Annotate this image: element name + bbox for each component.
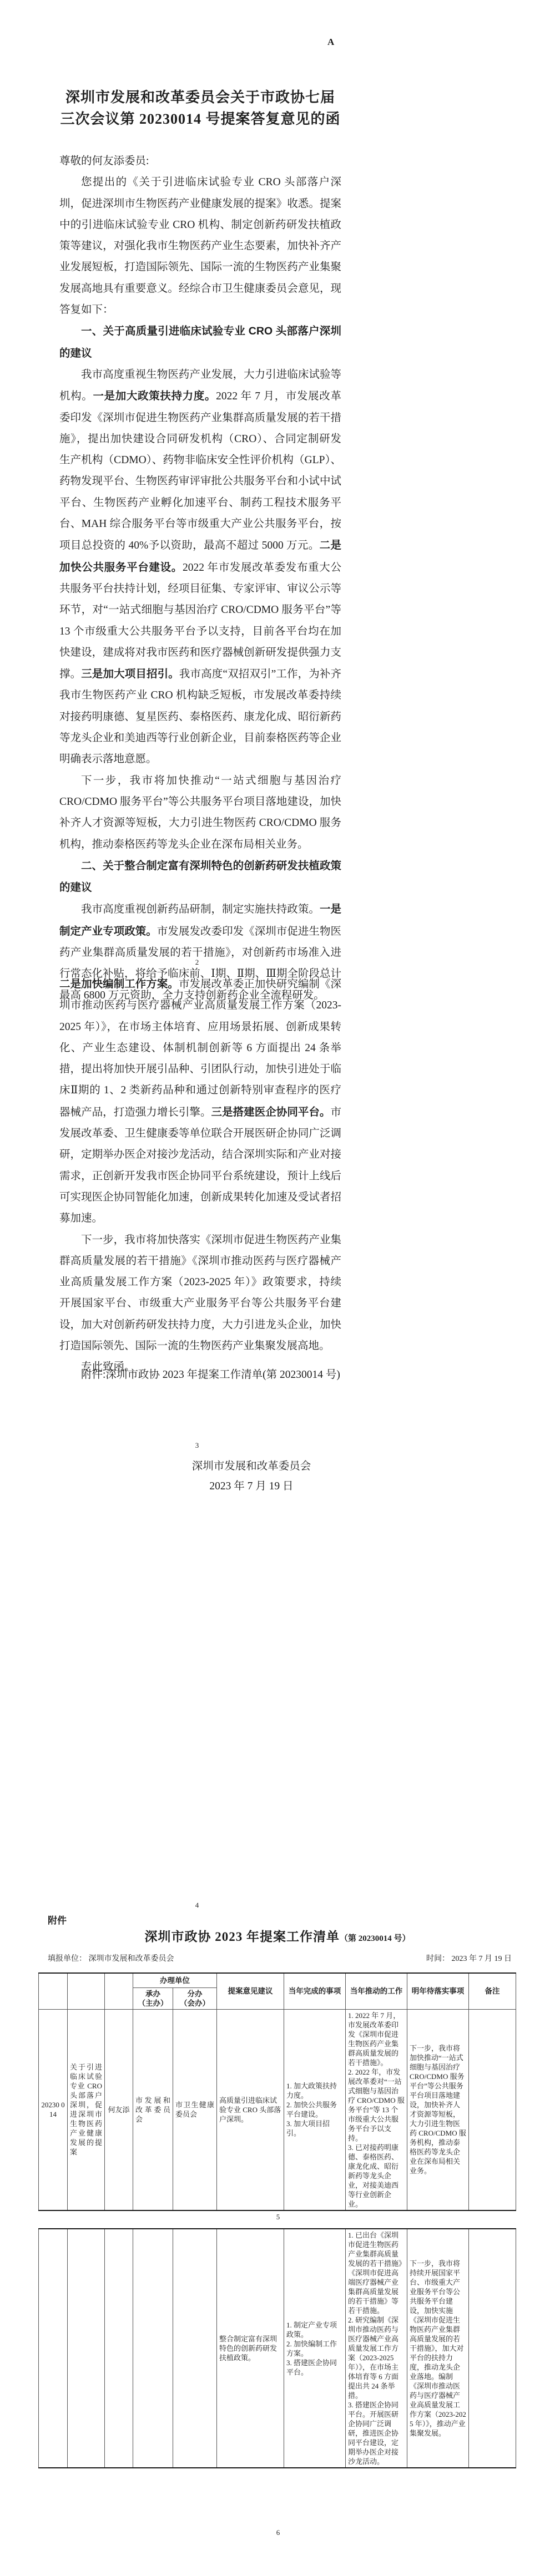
header-co-line2: （会办） bbox=[175, 1999, 214, 2008]
letter-heading: 一、关于高质量引进临床试验专业 CRO 头部落户深圳的建议 bbox=[59, 321, 341, 364]
page-number-6: 6 bbox=[269, 2528, 287, 2537]
cell-remark bbox=[469, 2009, 516, 2210]
attachment-label: 附件 bbox=[48, 1913, 67, 1926]
emphasis-run: 一、关于高质量引进临床试验专业 CRO 头部落户深圳的建议 bbox=[59, 325, 341, 359]
text-run: 我市高度“双招双引”工作，为补齐我市生物医药产业 CRO 机构缺乏短板，市发展改… bbox=[59, 668, 341, 765]
header-suggest: 提案意见建议 bbox=[217, 1973, 284, 2009]
header-co-organizer: 分办 （会办） bbox=[173, 1987, 217, 2009]
time-field: 时间： 2023 年 7 月 19 日 bbox=[426, 1953, 512, 1964]
cell-suggest: 高质量引进临床试验专业 CRO 头部落户深圳。 bbox=[217, 2009, 284, 2210]
cell-text: 何友添 bbox=[107, 2105, 130, 2114]
header-undertake: 承办 （主办） bbox=[133, 1987, 173, 2009]
cell-undertake: 市发展和改革委员会 bbox=[133, 2009, 173, 2210]
doc-class-label: A bbox=[327, 37, 334, 48]
signature-org: 深圳市发展和改革委员会 bbox=[183, 1457, 320, 1473]
attachment-title-number: （第 20230014 号） bbox=[340, 1934, 411, 1943]
cell-suggest: 整合制定富有深圳特色的创新药研发扶植政策。 bbox=[217, 2229, 284, 2468]
text-run: 2022 年 7 月，市发展改革委印发《深圳市促进生物医药产业集群高质量发展的若… bbox=[59, 391, 341, 551]
letter-title-line2: 三次会议第 20230014 号提案答复意见的函 bbox=[59, 108, 341, 130]
cell-text: 市卫生健康委员会 bbox=[175, 2100, 214, 2119]
attachment-title-main: 深圳市政协 2023 年提案工作清单 bbox=[144, 1930, 340, 1944]
text-run: 市发展改革委、卫生健康委等单位联合开展医研企协同广泛调研，定期举办医企对接沙龙活… bbox=[59, 1107, 341, 1224]
cell-text: 下一步，我市将持续开展国家平台、市级重大产业服务平台等公共服务平台建设，加快实施… bbox=[410, 2259, 466, 2438]
header-undertake-line1: 承办 bbox=[135, 1989, 170, 1999]
cell-line: 3. 搭建医企协同平台。开展医研企协同广泛调研，推进医企协同平台建设，定期举办医… bbox=[348, 2400, 405, 2466]
proposal-table-row: 20230 014关于引进临床试验专业 CRO 头部落户深圳，促进深圳市生物医药… bbox=[39, 2009, 516, 2210]
header-done: 当年完成的事项 bbox=[284, 1973, 346, 2009]
signature-date: 2023 年 7 月 19 日 bbox=[183, 1477, 320, 1493]
filer-field: 填报单位： 深圳市发展和改革委员会 bbox=[48, 1953, 174, 1964]
cell-line: 1. 2022 年 7 月，市发展改革委印发《深圳市促进生物医药产业集群高质量发… bbox=[348, 2011, 405, 2067]
time-label: 时间： bbox=[426, 1955, 450, 1963]
attachment-note-line: 附件:深圳市政协 2023 年提案工作清单(第 20230014 号) bbox=[59, 1366, 341, 1381]
cell-line: 3. 搭建医企协同平台。 bbox=[286, 2358, 343, 2377]
page-number-3: 3 bbox=[188, 1441, 206, 1450]
cell-line: 2. 研究编制《深圳市推动医药与医疗器械产业高质量发展工作方案（2023-202… bbox=[348, 2315, 405, 2400]
cell-text: 下一步，我市将加快推动“一站式细胞与基因治疗 CRO/CDMO 服务平台”等公共… bbox=[410, 2043, 466, 2176]
attachment-meta-row: 填报单位： 深圳市发展和改革委员会 时间： 2023 年 7 月 19 日 bbox=[48, 1953, 512, 1964]
proposal-worklist-table-page6: 整合制定富有深圳特色的创新药研发扶植政策。1. 制定产业专项政策。2. 加快编制… bbox=[38, 2228, 516, 2468]
letter-body-part2: 二是加快编制工作方案。市发展改革委正加快研究编制《深圳市推动医药与医疗器械产业高… bbox=[59, 973, 341, 1378]
time-value: 2023 年 7 月 19 日 bbox=[452, 1955, 512, 1963]
cell-pushed: 1. 已出台《深圳市促进生物医药产业集群高质量发展的若干措施》《深圳市促进高端医… bbox=[346, 2229, 407, 2468]
letter-paragraph: 下一步，我市将加快落实《深圳市促进生物医药产业集群高质量发展的若干措施》《深圳市… bbox=[59, 1230, 341, 1357]
text-run: 市发展改革委正加快研究编制《深圳市推动医药与医疗器械产业高质量发展工作方案（20… bbox=[59, 978, 341, 1118]
header-title-blank bbox=[68, 1973, 105, 2009]
cell-proposer bbox=[105, 2229, 133, 2468]
cell-line: 3. 已对接药明康德、泰格医药、康龙化成、昭衍新药等龙头企业，对接美迪西等行业创… bbox=[348, 2143, 405, 2209]
cell-co bbox=[173, 2229, 217, 2468]
filer-label: 填报单位： bbox=[48, 1955, 87, 1963]
page-number-5: 5 bbox=[269, 2213, 287, 2222]
salutation: 尊敬的何友添委员: bbox=[59, 151, 341, 172]
cell-title: 关于引进临床试验专业 CRO 头部落户深圳，促进深圳市生物医药产业健康发展的提案 bbox=[68, 2009, 105, 2210]
emphasis-run: 二是加快编制工作方案。 bbox=[59, 978, 179, 990]
scanned-document-page: A 深圳市发展和改革委员会关于市政协七届 三次会议第 20230014 号提案答… bbox=[0, 0, 555, 2576]
attachment-title: 深圳市政协 2023 年提案工作清单（第 20230014 号） bbox=[39, 1926, 516, 1945]
cell-line: 1. 制定产业专项政策。 bbox=[286, 2320, 343, 2339]
header-remark: 备注 bbox=[469, 1973, 516, 2009]
emphasis-run: 一是加大政策扶持力度。 bbox=[93, 390, 216, 402]
cell-text: 关于引进临床试验专业 CRO 头部落户深圳，促进深圳市生物医药产业健康发展的提案 bbox=[70, 2062, 102, 2157]
emphasis-run: 三是搭建医企协同平台。 bbox=[211, 1106, 331, 1118]
emphasis-run: 二、关于整合制定富有深圳特色的创新药研发扶植政策的建议 bbox=[59, 860, 341, 894]
cell-pushed: 1. 2022 年 7 月，市发展改革委印发《深圳市促进生物医药产业集群高质量发… bbox=[346, 2009, 407, 2210]
header-co-line1: 分办 bbox=[175, 1989, 214, 1999]
cell-line: 1. 已出台《深圳市促进生物医药产业集群高质量发展的若干措施》《深圳市促进高端医… bbox=[348, 2230, 405, 2315]
cell-undertake bbox=[133, 2229, 173, 2468]
emphasis-run: 三是加大项目招引。 bbox=[81, 668, 179, 680]
header-proposer-blank bbox=[105, 1973, 133, 2009]
page-number-4: 4 bbox=[188, 1901, 206, 1910]
cell-remark bbox=[469, 2229, 516, 2468]
cell-line: 2. 加快编制工作方案。 bbox=[286, 2339, 343, 2358]
header-id-blank bbox=[39, 1973, 68, 2009]
cell-next: 下一步，我市将加快推动“一站式细胞与基因治疗 CRO/CDMO 服务平台”等公共… bbox=[407, 2009, 469, 2210]
letter-paragraph: 下一步，我市将加快推动“一站式细胞与基因治疗 CRO/CDMO 服务平台”等公共… bbox=[59, 770, 341, 855]
cell-text: 高质量引进临床试验专业 CRO 头部落户深圳。 bbox=[219, 2096, 281, 2124]
proposal-table-row: 整合制定富有深圳特色的创新药研发扶植政策。1. 制定产业专项政策。2. 加快编制… bbox=[39, 2229, 516, 2468]
header-undertake-line2: （主办） bbox=[135, 1999, 170, 2008]
cell-done: 1. 加大政策扶持力度。2. 加快公共服务平台建设。3. 加大项目招引。 bbox=[284, 2009, 346, 2210]
letter-paragraph: 我市高度重视生物医药产业发展，大力引进临床试验等机构。一是加大政策扶持力度。20… bbox=[59, 364, 341, 770]
text-run: 2022 年市发展改革委发布重大公共服务平台扶持计划，经项目征集、专家评审、审议… bbox=[59, 562, 341, 680]
text-run: 下一步，我市将加快推动“一站式细胞与基因治疗 CRO/CDMO 服务平台”等公共… bbox=[59, 775, 341, 850]
cell-text: 市发展和改革委员会 bbox=[135, 2096, 170, 2124]
proposal-worklist-table-page5: 办理单位 提案意见建议 当年完成的事项 当年推动的工作 明年待落实事项 备注 承… bbox=[38, 1972, 516, 2211]
cell-line: 2. 2022 年，市发展改革委对“一站式细胞与基因治疗 CRO/CDMO 服务… bbox=[348, 2067, 405, 2143]
letter-title-line1: 深圳市发展和改革委员会关于市政协七届 bbox=[59, 87, 341, 108]
cell-done: 1. 制定产业专项政策。2. 加快编制工作方案。3. 搭建医企协同平台。 bbox=[284, 2229, 346, 2468]
letter-paragraph: 您提出的《关于引进临床试验专业 CRO 头部落户深圳，促进深圳市生物医药产业健康… bbox=[59, 172, 341, 321]
cell-text: 20230 014 bbox=[41, 2100, 65, 2119]
cell-id bbox=[39, 2229, 68, 2468]
letter-title: 深圳市发展和改革委员会关于市政协七届 三次会议第 20230014 号提案答复意… bbox=[59, 87, 341, 130]
cell-id: 20230 014 bbox=[39, 2009, 68, 2210]
text-run: 我市高度重视创新药品研制，制定实施扶持政策。 bbox=[81, 904, 320, 915]
cell-line: 2. 加快公共服务平台建设。 bbox=[286, 2100, 343, 2119]
cell-line: 3. 加大项目招引。 bbox=[286, 2119, 343, 2138]
cell-co: 市卫生健康委员会 bbox=[173, 2009, 217, 2210]
text-run: 下一步，我市将加快落实《深圳市促进生物医药产业集群高质量发展的若干措施》《深圳市… bbox=[59, 1234, 341, 1352]
header-handling-units: 办理单位 bbox=[133, 1973, 217, 1987]
cell-line: 1. 加大政策扶持力度。 bbox=[286, 2081, 343, 2100]
header-pushed: 当年推动的工作 bbox=[346, 1973, 407, 2009]
cell-text: 整合制定富有深圳特色的创新药研发扶植政策。 bbox=[219, 2334, 281, 2362]
header-row-1: 办理单位 提案意见建议 当年完成的事项 当年推动的工作 明年待落实事项 备注 bbox=[39, 1973, 516, 1987]
letter-heading: 二、关于整合制定富有深圳特色的创新药研发扶植政策的建议 bbox=[59, 855, 341, 899]
letter-body-part1: 尊敬的何友添委员: 您提出的《关于引进临床试验专业 CRO 头部落户深圳，促进深… bbox=[59, 151, 341, 1006]
header-next: 明年待落实事项 bbox=[407, 1973, 469, 2009]
letter-paragraph: 二是加快编制工作方案。市发展改革委正加快研究编制《深圳市推动医药与医疗器械产业高… bbox=[59, 973, 341, 1230]
filer-value: 深圳市发展和改革委员会 bbox=[89, 1955, 174, 1963]
cell-proposer: 何友添 bbox=[105, 2009, 133, 2210]
cell-next: 下一步，我市将持续开展国家平台、市级重大产业服务平台等公共服务平台建设，加快实施… bbox=[407, 2229, 469, 2468]
text-run: 您提出的《关于引进临床试验专业 CRO 头部落户深圳，促进深圳市生物医药产业健康… bbox=[59, 176, 341, 316]
cell-title bbox=[68, 2229, 105, 2468]
page-number-2: 2 bbox=[188, 958, 206, 967]
